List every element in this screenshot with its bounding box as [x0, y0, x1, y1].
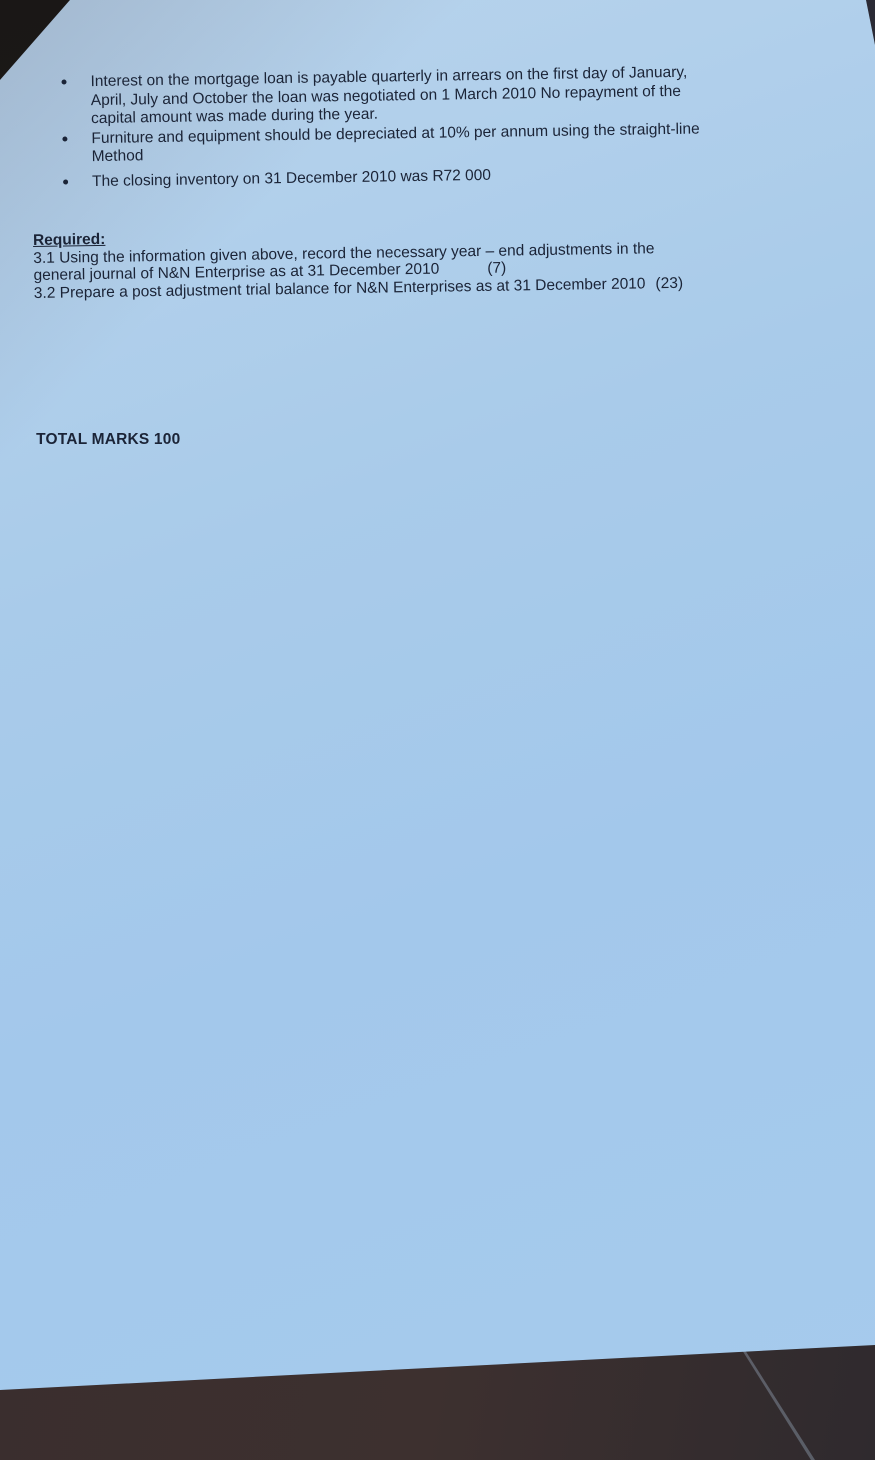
- question-3-2-marks: (23): [655, 274, 683, 292]
- bullet-dot-icon: [63, 179, 68, 184]
- bullet-dot-icon: [61, 79, 66, 84]
- total-marks: TOTAL MARKS 100: [36, 431, 180, 449]
- list-item-mortgage-interest: Interest on the mortgage loan is payable…: [57, 63, 758, 129]
- bullet-dot-icon: [62, 136, 67, 141]
- paper-sheet: [0, 0, 875, 1460]
- notes-list: Interest on the mortgage loan is payable…: [57, 63, 759, 193]
- required-section: Required: 3.1 Using the information give…: [33, 220, 804, 302]
- question-3-1-marks: (7): [487, 260, 506, 278]
